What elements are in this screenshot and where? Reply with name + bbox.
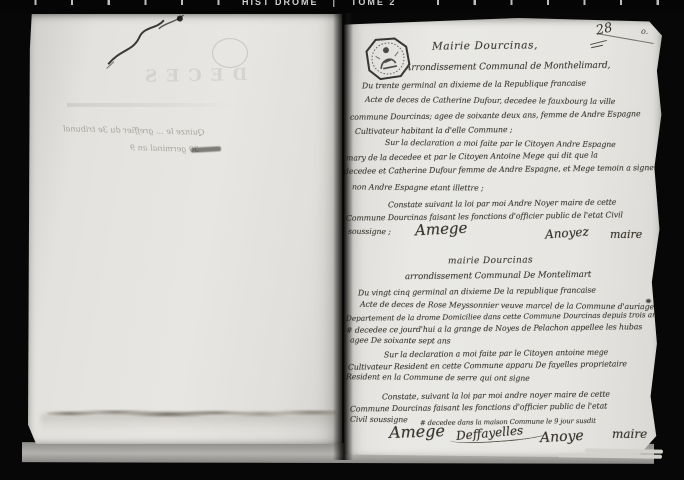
manuscript-line: Commune Dourcinas faisant les fonctions … xyxy=(346,210,623,222)
archive-scan: { "ruler": { "left_label": "HIST DROME",… xyxy=(0,0,684,480)
manuscript-line: Constate suivant la loi par moi Andre No… xyxy=(388,198,616,210)
manuscript-line: Arrondissement Communal de Monthelimard, xyxy=(405,61,611,74)
manuscript-line: Cultivateur Resident en cette Commune ap… xyxy=(348,359,627,371)
ruler-divider: | xyxy=(333,0,338,7)
manuscript-line: mary de la decedee et par le Citoyen Ant… xyxy=(346,150,598,162)
octagonal-stamp-icon xyxy=(364,34,413,82)
ruler-band: HIST DROME|TOME 2 xyxy=(0,0,684,13)
manuscript-line: Du vingt cinq germinal an dixieme De la … xyxy=(358,286,596,298)
ink-blot xyxy=(646,299,651,303)
signature: Amege xyxy=(415,219,468,240)
manuscript-line: arrondissement Communal De Montelimart xyxy=(405,270,591,282)
binding-gutter-shadow xyxy=(333,12,353,460)
manuscript-line: Sur la declaration a moi faite par le Ci… xyxy=(384,348,608,360)
folio-mark: o. xyxy=(641,27,648,36)
signature: maire xyxy=(612,427,647,441)
bleedthrough-line: 30 germinal an 9 xyxy=(130,143,199,154)
manuscript-line: Departement de la drome Domiciliee dans … xyxy=(346,310,661,323)
bleedthrough-band xyxy=(67,103,235,107)
manuscript-line: Acte de deces de Catherine Dufour, deced… xyxy=(365,95,615,106)
manuscript-line: # decedee ce jourd'hui a la grange de No… xyxy=(346,322,642,335)
water-stain-haze xyxy=(41,414,336,432)
water-stain xyxy=(28,406,342,436)
manuscript-line: soussigne ; xyxy=(348,227,391,236)
right-page: 28 o. Mairie Dourcinas, Arrondissement C… xyxy=(344,18,662,458)
manuscript-heading: Mairie Dourcinas, xyxy=(432,39,538,52)
page-number-flourish xyxy=(591,45,603,48)
manuscript-line: Du trente germinal an dixieme de la Repu… xyxy=(362,79,586,91)
left-page: DECES Quinze le ... greffier du 3e tribu… xyxy=(28,14,342,444)
manuscript-line: Sur la declaration a moi faite par le Ci… xyxy=(385,138,616,149)
signature: Amege xyxy=(389,421,446,442)
water-stain-line xyxy=(47,410,336,417)
bleedthrough-title: DECES xyxy=(136,65,248,87)
bleedthrough-oval xyxy=(212,38,248,68)
manuscript-line: non Andre Espagne etant illettre ; xyxy=(352,182,484,192)
ruler-label-right: TOME 2 xyxy=(351,0,396,7)
signature: maire xyxy=(610,228,642,241)
signature: Anoyez xyxy=(545,224,590,241)
page-number-flourish xyxy=(590,40,607,45)
ruler-label: HIST DROME|TOME 2 xyxy=(232,0,406,7)
ink-flourish-icon xyxy=(100,11,197,70)
manuscript-line: Cultivateur habitant la d'elle Commune ; xyxy=(355,125,512,136)
manuscript-heading: mairie Dourcinas xyxy=(448,255,533,266)
ruler-label-left: HIST DROME xyxy=(242,0,319,7)
manuscript-line: commune Dourcinas; agee de soixante deux… xyxy=(350,109,641,122)
manuscript-line: decedee et Catherine Dufour femme de And… xyxy=(344,163,654,176)
manuscript-line: Resident en la Commune de serre qui ont … xyxy=(346,372,530,383)
manuscript-line: Constate, suivant la loi par moi andre n… xyxy=(382,390,610,402)
manuscript-line: agee De soixante sept ans xyxy=(350,336,451,346)
ink-scribble xyxy=(191,146,221,153)
signature: Anoye xyxy=(540,428,585,446)
manuscript-line: Acte de deces de Rose Meyssonnier veuve … xyxy=(360,300,658,312)
manuscript-line: Commune Dourcinas faisant les fonctions … xyxy=(350,401,607,413)
bleedthrough-line: Quinze le ... greffier du 3e tribunal xyxy=(63,124,205,137)
